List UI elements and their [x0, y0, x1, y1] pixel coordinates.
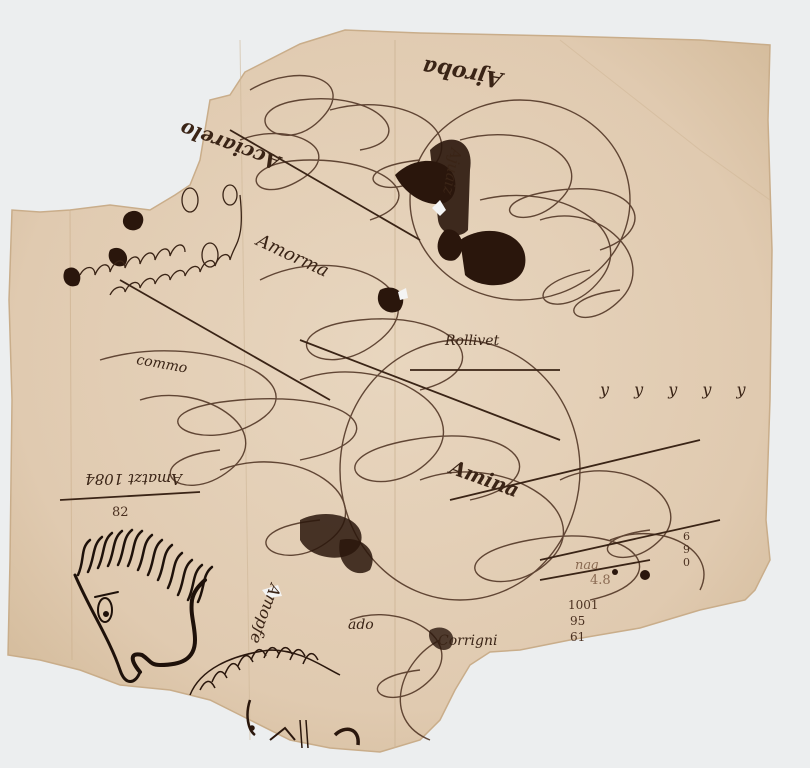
inscription-left-number: 82: [112, 505, 129, 520]
number-column-3: 61: [570, 630, 585, 644]
number-label-2: 4.8: [590, 573, 611, 588]
number-label-1: naa: [575, 558, 599, 573]
number-column-1: 1001: [568, 598, 599, 612]
inscription-bottom-2: ado: [348, 617, 374, 633]
inscription-left-rotated: Amatzt 1084: [85, 470, 182, 488]
number-top-1: 6: [683, 530, 690, 543]
manuscript-scan: Ajroba Acciarelo Ajuaiz Amorma Rollivet …: [0, 0, 810, 768]
number-top-3: 0: [683, 556, 690, 569]
inscription-right-letters: y y y y y: [600, 380, 756, 399]
number-column-2: 95: [570, 614, 585, 628]
number-top-2: 9: [683, 543, 690, 556]
inscription-bottom-3: Corrigni: [438, 633, 497, 649]
inscription-signature: Rollivet: [445, 333, 499, 349]
